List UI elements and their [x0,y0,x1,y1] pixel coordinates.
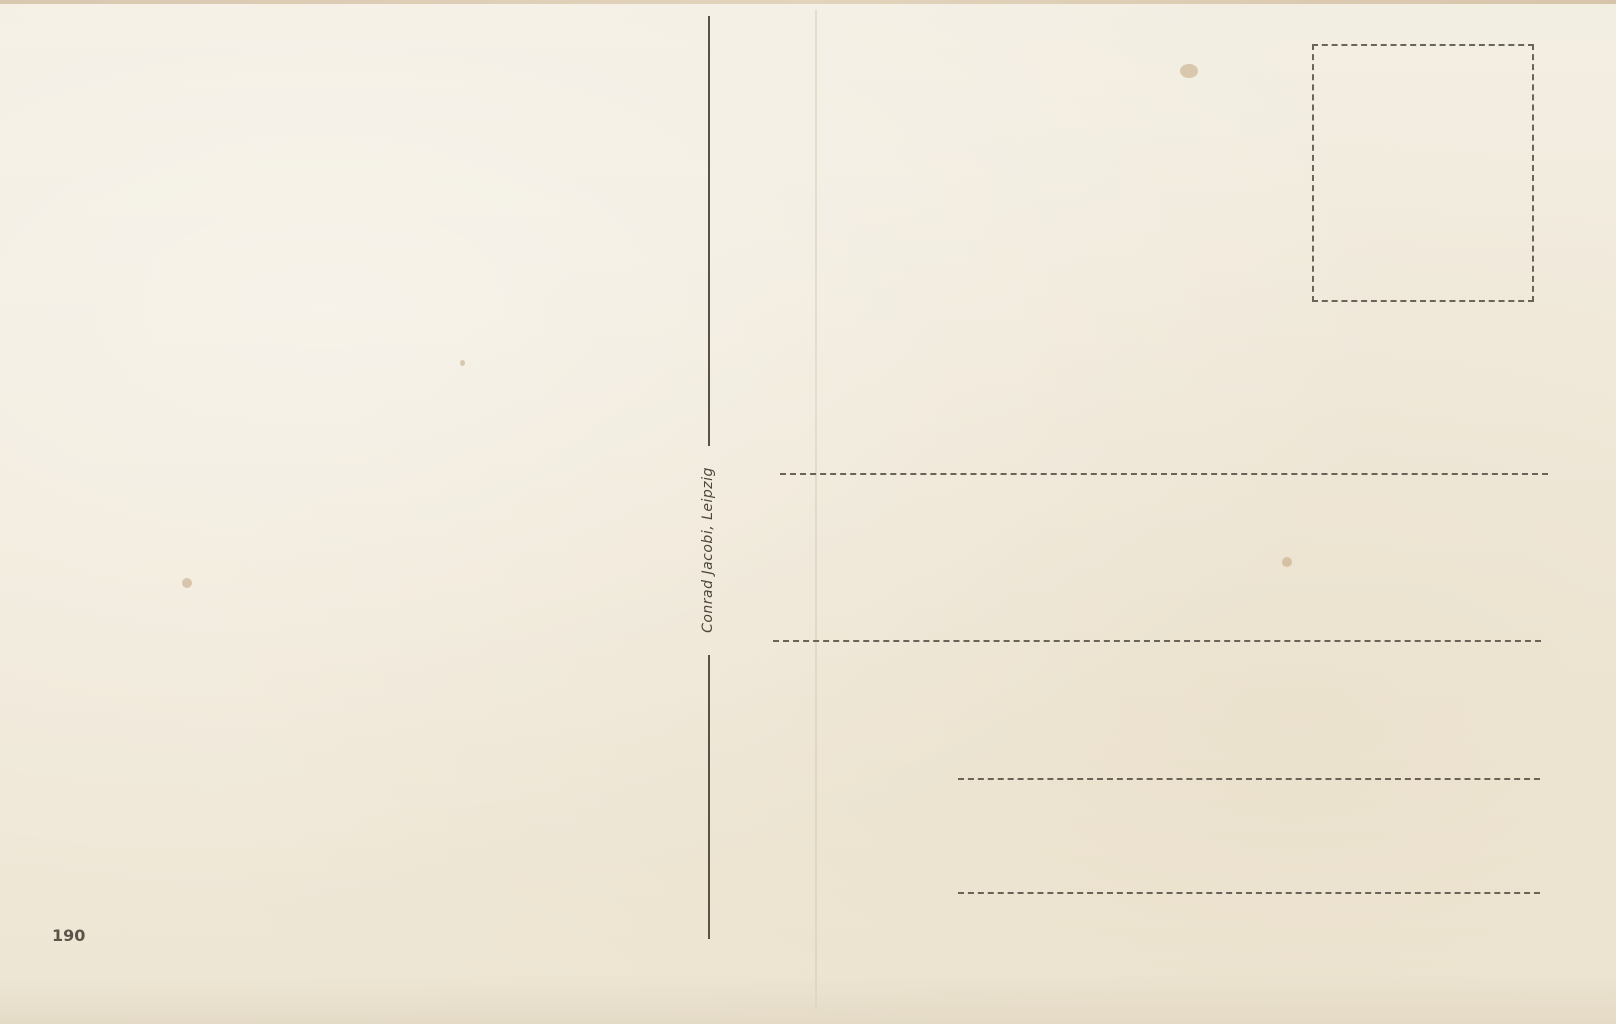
address-line-1 [780,473,1548,475]
publisher-imprint: Conrad Jacobi, Leipzig [700,467,716,633]
address-line-3 [958,778,1540,780]
paper-edge-bottom [0,974,1616,1024]
address-line-2 [773,640,1541,642]
paper-stain [182,578,192,588]
paper-stain [1180,64,1198,78]
postcard-back: Conrad Jacobi, Leipzig 190 [0,0,1616,1024]
paper-edge-top [0,0,1616,4]
paper-fold-mark [815,10,817,1010]
center-divider-bottom [708,655,710,939]
card-number: 190 [52,926,85,945]
stamp-box [1312,44,1534,302]
address-line-4 [958,892,1540,894]
paper-stain [1282,557,1292,567]
center-divider-top [708,16,710,446]
paper-stain [460,360,465,366]
